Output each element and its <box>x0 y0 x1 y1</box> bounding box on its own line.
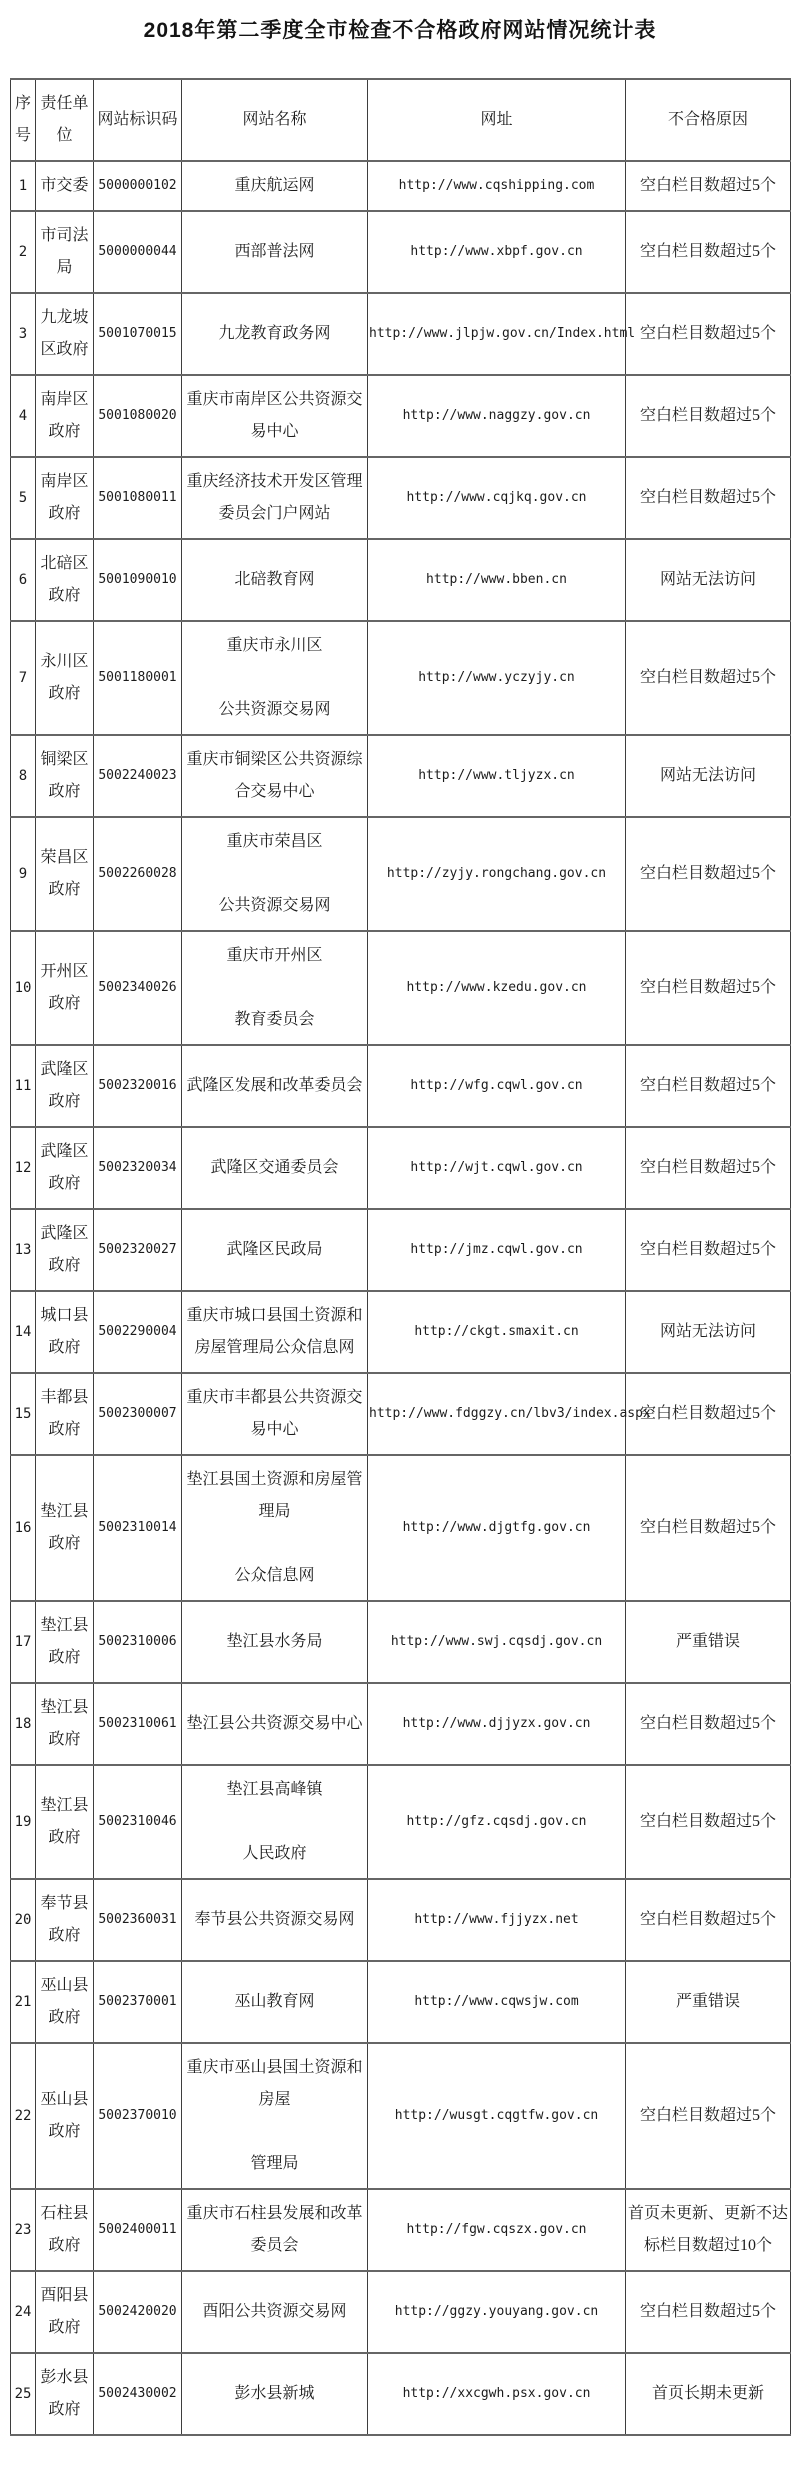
table-row: 9荣昌区政府5002260028重庆市荣昌区 公共资源交易网http://zyj… <box>11 817 791 931</box>
cell-code: 5002310061 <box>94 1683 182 1765</box>
cell-code: 5002370010 <box>94 2043 182 2189</box>
cell-name: 垫江县水务局 <box>182 1601 368 1683</box>
table-row: 24酉阳县政府5002420020酉阳公共资源交易网http://ggzy.yo… <box>11 2271 791 2353</box>
cell-no: 15 <box>11 1373 36 1455</box>
cell-url: http://www.kzedu.gov.cn <box>368 931 626 1045</box>
cell-unit: 武隆区政府 <box>36 1127 94 1209</box>
cell-unit: 奉节县政府 <box>36 1879 94 1961</box>
cell-name: 重庆市开州区 教育委员会 <box>182 931 368 1045</box>
cell-name: 重庆市城口县国土资源和房屋管理局公众信息网 <box>182 1291 368 1373</box>
cell-name: 垫江县高峰镇 人民政府 <box>182 1765 368 1879</box>
cell-url: http://ggzy.youyang.gov.cn <box>368 2271 626 2353</box>
cell-no: 22 <box>11 2043 36 2189</box>
cell-code: 5002310006 <box>94 1601 182 1683</box>
cell-code: 5002310014 <box>94 1455 182 1601</box>
cell-unit: 石柱县政府 <box>36 2189 94 2271</box>
table-row: 17垫江县政府5002310006垫江县水务局http://www.swj.cq… <box>11 1601 791 1683</box>
cell-code: 5000000102 <box>94 161 182 211</box>
cell-name: 酉阳公共资源交易网 <box>182 2271 368 2353</box>
cell-unit: 酉阳县政府 <box>36 2271 94 2353</box>
cell-url: http://gfz.cqsdj.gov.cn <box>368 1765 626 1879</box>
document-page: 2018年第二季度全市检查不合格政府网站情况统计表 序号 责任单位 网站标识码 … <box>0 0 800 2446</box>
cell-no: 24 <box>11 2271 36 2353</box>
cell-url: http://www.yczyjy.cn <box>368 621 626 735</box>
table-row: 19垫江县政府5002310046垫江县高峰镇 人民政府http://gfz.c… <box>11 1765 791 1879</box>
cell-reason: 空白栏目数超过5个 <box>626 457 791 539</box>
cell-unit: 丰都县政府 <box>36 1373 94 1455</box>
col-header-site-code: 网站标识码 <box>94 79 182 161</box>
cell-name: 巫山教育网 <box>182 1961 368 2043</box>
cell-reason: 空白栏目数超过5个 <box>626 1683 791 1765</box>
cell-name: 垫江县国土资源和房屋管理局 公众信息网 <box>182 1455 368 1601</box>
cell-code: 5002360031 <box>94 1879 182 1961</box>
noncompliant-websites-table: 序号 责任单位 网站标识码 网站名称 网址 不合格原因 1市交委50000001… <box>10 78 791 2436</box>
cell-no: 10 <box>11 931 36 1045</box>
cell-url: http://wjt.cqwl.gov.cn <box>368 1127 626 1209</box>
table-row: 7永川区政府5001180001重庆市永川区 公共资源交易网http://www… <box>11 621 791 735</box>
cell-name: 武隆区发展和改革委员会 <box>182 1045 368 1127</box>
cell-code: 5001180001 <box>94 621 182 735</box>
cell-url: http://jmz.cqwl.gov.cn <box>368 1209 626 1291</box>
cell-code: 5001090010 <box>94 539 182 621</box>
col-header-unit: 责任单位 <box>36 79 94 161</box>
cell-code: 5002340026 <box>94 931 182 1045</box>
cell-no: 12 <box>11 1127 36 1209</box>
cell-reason: 网站无法访问 <box>626 1291 791 1373</box>
cell-reason: 空白栏目数超过5个 <box>626 1045 791 1127</box>
cell-url: http://ckgt.smaxit.cn <box>368 1291 626 1373</box>
cell-name: 彭水县新城 <box>182 2353 368 2435</box>
cell-url: http://www.djgtfg.gov.cn <box>368 1455 626 1601</box>
cell-code: 5002290004 <box>94 1291 182 1373</box>
cell-url: http://www.cqjkq.gov.cn <box>368 457 626 539</box>
cell-no: 13 <box>11 1209 36 1291</box>
cell-name: 重庆市荣昌区 公共资源交易网 <box>182 817 368 931</box>
cell-code: 5002370001 <box>94 1961 182 2043</box>
table-row: 12武隆区政府5002320034武隆区交通委员会http://wjt.cqwl… <box>11 1127 791 1209</box>
cell-name: 重庆市巫山县国土资源和房屋 管理局 <box>182 2043 368 2189</box>
cell-code: 5001070015 <box>94 293 182 375</box>
col-header-reason: 不合格原因 <box>626 79 791 161</box>
cell-no: 9 <box>11 817 36 931</box>
cell-reason: 严重错误 <box>626 1601 791 1683</box>
cell-url: http://www.jlpjw.gov.cn/Index.html <box>368 293 626 375</box>
cell-no: 4 <box>11 375 36 457</box>
cell-unit: 铜梁区政府 <box>36 735 94 817</box>
cell-reason: 空白栏目数超过5个 <box>626 1373 791 1455</box>
cell-no: 25 <box>11 2353 36 2435</box>
cell-name: 垫江县公共资源交易中心 <box>182 1683 368 1765</box>
cell-url: http://www.xbpf.gov.cn <box>368 211 626 293</box>
cell-code: 5002400011 <box>94 2189 182 2271</box>
cell-no: 6 <box>11 539 36 621</box>
cell-unit: 北碚区政府 <box>36 539 94 621</box>
cell-url: http://www.cqwsjw.com <box>368 1961 626 2043</box>
cell-url: http://www.naggzy.gov.cn <box>368 375 626 457</box>
cell-code: 5002320034 <box>94 1127 182 1209</box>
cell-unit: 南岸区政府 <box>36 457 94 539</box>
cell-no: 7 <box>11 621 36 735</box>
cell-reason: 空白栏目数超过5个 <box>626 1879 791 1961</box>
cell-name: 西部普法网 <box>182 211 368 293</box>
table-body: 1市交委5000000102重庆航运网http://www.cqshipping… <box>11 161 791 2435</box>
table-row: 22巫山县政府5002370010重庆市巫山县国土资源和房屋 管理局http:/… <box>11 2043 791 2189</box>
cell-reason: 空白栏目数超过5个 <box>626 293 791 375</box>
cell-unit: 永川区政府 <box>36 621 94 735</box>
table-row: 14城口县政府5002290004重庆市城口县国土资源和房屋管理局公众信息网ht… <box>11 1291 791 1373</box>
cell-name: 武隆区交通委员会 <box>182 1127 368 1209</box>
cell-code: 5000000044 <box>94 211 182 293</box>
cell-no: 20 <box>11 1879 36 1961</box>
cell-reason: 空白栏目数超过5个 <box>626 931 791 1045</box>
cell-no: 19 <box>11 1765 36 1879</box>
table-row: 13武隆区政府5002320027武隆区民政局http://jmz.cqwl.g… <box>11 1209 791 1291</box>
cell-unit: 开州区政府 <box>36 931 94 1045</box>
cell-no: 3 <box>11 293 36 375</box>
cell-reason: 空白栏目数超过5个 <box>626 1127 791 1209</box>
cell-code: 5002260028 <box>94 817 182 931</box>
cell-no: 5 <box>11 457 36 539</box>
table-row: 4南岸区政府5001080020重庆市南岸区公共资源交易中心http://www… <box>11 375 791 457</box>
cell-name: 北碚教育网 <box>182 539 368 621</box>
cell-reason: 空白栏目数超过5个 <box>626 1209 791 1291</box>
cell-no: 11 <box>11 1045 36 1127</box>
table-row: 2市司法局5000000044西部普法网http://www.xbpf.gov.… <box>11 211 791 293</box>
cell-code: 5001080011 <box>94 457 182 539</box>
table-row: 11武隆区政府5002320016武隆区发展和改革委员会http://wfg.c… <box>11 1045 791 1127</box>
cell-url: http://wfg.cqwl.gov.cn <box>368 1045 626 1127</box>
table-row: 10开州区政府5002340026重庆市开州区 教育委员会http://www.… <box>11 931 791 1045</box>
cell-no: 2 <box>11 211 36 293</box>
cell-no: 18 <box>11 1683 36 1765</box>
cell-no: 16 <box>11 1455 36 1601</box>
cell-unit: 九龙坡区政府 <box>36 293 94 375</box>
cell-unit: 武隆区政府 <box>36 1045 94 1127</box>
cell-code: 5002420020 <box>94 2271 182 2353</box>
cell-reason: 空白栏目数超过5个 <box>626 2271 791 2353</box>
cell-url: http://www.djjyzx.gov.cn <box>368 1683 626 1765</box>
cell-reason: 空白栏目数超过5个 <box>626 1765 791 1879</box>
cell-url: http://zyjy.rongchang.gov.cn <box>368 817 626 931</box>
cell-code: 5002320027 <box>94 1209 182 1291</box>
cell-code: 5002300007 <box>94 1373 182 1455</box>
table-row: 8铜梁区政府5002240023重庆市铜梁区公共资源综合交易中心http://w… <box>11 735 791 817</box>
table-container: 序号 责任单位 网站标识码 网站名称 网址 不合格原因 1市交委50000001… <box>0 50 800 2446</box>
cell-code: 5002430002 <box>94 2353 182 2435</box>
cell-unit: 巫山县政府 <box>36 1961 94 2043</box>
cell-reason: 空白栏目数超过5个 <box>626 375 791 457</box>
cell-reason: 首页长期未更新 <box>626 2353 791 2435</box>
cell-reason: 网站无法访问 <box>626 539 791 621</box>
table-row: 6北碚区政府5001090010北碚教育网http://www.bben.cn网… <box>11 539 791 621</box>
cell-url: http://www.cqshipping.com <box>368 161 626 211</box>
table-row: 1市交委5000000102重庆航运网http://www.cqshipping… <box>11 161 791 211</box>
cell-name: 重庆市石柱县发展和改革委员会 <box>182 2189 368 2271</box>
table-row: 21巫山县政府5002370001巫山教育网http://www.cqwsjw.… <box>11 1961 791 2043</box>
cell-url: http://www.tljyzx.cn <box>368 735 626 817</box>
cell-reason: 首页未更新、更新不达标栏目数超过10个 <box>626 2189 791 2271</box>
table-row: 16垫江县政府5002310014垫江县国土资源和房屋管理局 公众信息网http… <box>11 1455 791 1601</box>
cell-code: 5001080020 <box>94 375 182 457</box>
cell-url: http://www.swj.cqsdj.gov.cn <box>368 1601 626 1683</box>
cell-unit: 垫江县政府 <box>36 1455 94 1601</box>
cell-url: http://wusgt.cqgtfw.gov.cn <box>368 2043 626 2189</box>
cell-no: 1 <box>11 161 36 211</box>
cell-unit: 巫山县政府 <box>36 2043 94 2189</box>
table-row: 5南岸区政府5001080011重庆经济技术开发区管理委员会门户网站http:/… <box>11 457 791 539</box>
col-header-serial-no: 序号 <box>11 79 36 161</box>
cell-unit: 武隆区政府 <box>36 1209 94 1291</box>
cell-name: 重庆经济技术开发区管理委员会门户网站 <box>182 457 368 539</box>
cell-name: 武隆区民政局 <box>182 1209 368 1291</box>
cell-name: 奉节县公共资源交易网 <box>182 1879 368 1961</box>
cell-name: 重庆市铜梁区公共资源综合交易中心 <box>182 735 368 817</box>
cell-code: 5002240023 <box>94 735 182 817</box>
cell-unit: 南岸区政府 <box>36 375 94 457</box>
cell-url: http://xxcgwh.psx.gov.cn <box>368 2353 626 2435</box>
cell-reason: 严重错误 <box>626 1961 791 2043</box>
cell-reason: 空白栏目数超过5个 <box>626 211 791 293</box>
cell-unit: 市交委 <box>36 161 94 211</box>
cell-no: 14 <box>11 1291 36 1373</box>
cell-no: 21 <box>11 1961 36 2043</box>
table-row: 15丰都县政府5002300007重庆市丰都县公共资源交易中心http://ww… <box>11 1373 791 1455</box>
table-row: 25彭水县政府5002430002彭水县新城http://xxcgwh.psx.… <box>11 2353 791 2435</box>
cell-unit: 市司法局 <box>36 211 94 293</box>
cell-unit: 彭水县政府 <box>36 2353 94 2435</box>
cell-unit: 垫江县政府 <box>36 1765 94 1879</box>
cell-reason: 空白栏目数超过5个 <box>626 2043 791 2189</box>
cell-name: 重庆市永川区 公共资源交易网 <box>182 621 368 735</box>
table-row: 23石柱县政府5002400011重庆市石柱县发展和改革委员会http://fg… <box>11 2189 791 2271</box>
cell-reason: 空白栏目数超过5个 <box>626 817 791 931</box>
cell-url: http://fgw.cqszx.gov.cn <box>368 2189 626 2271</box>
cell-code: 5002320016 <box>94 1045 182 1127</box>
cell-reason: 空白栏目数超过5个 <box>626 1455 791 1601</box>
cell-url: http://www.bben.cn <box>368 539 626 621</box>
cell-name: 重庆市南岸区公共资源交易中心 <box>182 375 368 457</box>
col-header-url: 网址 <box>368 79 626 161</box>
cell-unit: 城口县政府 <box>36 1291 94 1373</box>
cell-reason: 空白栏目数超过5个 <box>626 621 791 735</box>
cell-reason: 空白栏目数超过5个 <box>626 161 791 211</box>
cell-name: 重庆市丰都县公共资源交易中心 <box>182 1373 368 1455</box>
cell-no: 17 <box>11 1601 36 1683</box>
cell-code: 5002310046 <box>94 1765 182 1879</box>
table-row: 20奉节县政府5002360031奉节县公共资源交易网http://www.fj… <box>11 1879 791 1961</box>
cell-no: 23 <box>11 2189 36 2271</box>
page-title: 2018年第二季度全市检查不合格政府网站情况统计表 <box>0 0 800 50</box>
cell-reason: 网站无法访问 <box>626 735 791 817</box>
cell-url: http://www.fdggzy.cn/lbv3/index.aspx <box>368 1373 626 1455</box>
col-header-site-name: 网站名称 <box>182 79 368 161</box>
table-header-row: 序号 责任单位 网站标识码 网站名称 网址 不合格原因 <box>11 79 791 161</box>
cell-unit: 垫江县政府 <box>36 1601 94 1683</box>
table-row: 3九龙坡区政府5001070015九龙教育政务网http://www.jlpjw… <box>11 293 791 375</box>
cell-no: 8 <box>11 735 36 817</box>
cell-name: 重庆航运网 <box>182 161 368 211</box>
table-row: 18垫江县政府5002310061垫江县公共资源交易中心http://www.d… <box>11 1683 791 1765</box>
cell-unit: 荣昌区政府 <box>36 817 94 931</box>
cell-unit: 垫江县政府 <box>36 1683 94 1765</box>
cell-url: http://www.fjjyzx.net <box>368 1879 626 1961</box>
cell-name: 九龙教育政务网 <box>182 293 368 375</box>
